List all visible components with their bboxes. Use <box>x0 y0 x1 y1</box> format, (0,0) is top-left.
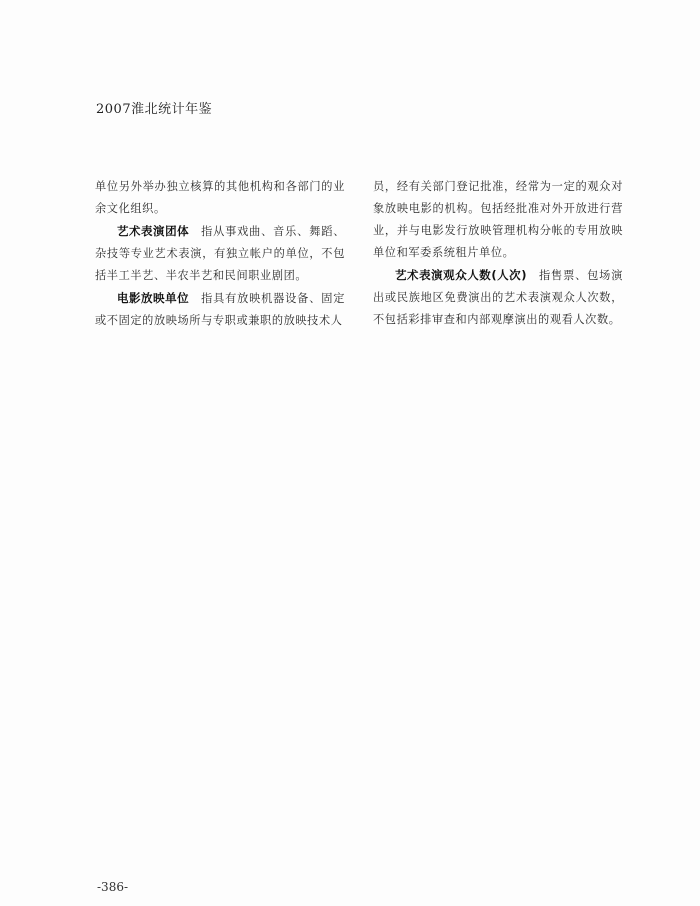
term-heading: 艺术表演团体 <box>117 224 189 238</box>
term-heading: 艺术表演观众人数(人次) <box>395 268 527 282</box>
right-text-column: 员，经有关部门登记批准，经常为一定的观众对象放映电影的机构。包括经批准对外开放进… <box>373 176 623 331</box>
definition-art-troupes: 艺术表演团体指从事戏曲、音乐、舞蹈、杂技等专业艺术表演，有独立帐户的单位，不包括… <box>95 220 345 287</box>
paragraph-text: 单位另外举办独立核算的其他机构和各部门的业余文化组织。 <box>95 180 345 215</box>
paragraph-text: 员，经有关部门登记批准，经常为一定的观众对象放映电影的机构。包括经批准对外开放进… <box>373 180 623 259</box>
page-number: -386- <box>97 880 128 894</box>
paragraph-continuation: 单位另外举办独立核算的其他机构和各部门的业余文化组织。 <box>95 176 345 220</box>
left-text-column: 单位另外举办独立核算的其他机构和各部门的业余文化组织。 艺术表演团体指从事戏曲、… <box>95 176 345 332</box>
running-header-title: 2007淮北统计年鉴 <box>96 98 212 117</box>
definition-film-units: 电影放映单位指具有放映机器设备、固定或不固定的放映场所与专职或兼职的放映技术人 <box>95 287 345 332</box>
definition-audience-count: 艺术表演观众人数(人次)指售票、包场演出或民族地区免费演出的艺术表演观众人次数，… <box>373 264 623 331</box>
paragraph-continuation: 员，经有关部门登记批准，经常为一定的观众对象放映电影的机构。包括经批准对外开放进… <box>373 176 623 264</box>
term-heading: 电影放映单位 <box>117 291 189 305</box>
